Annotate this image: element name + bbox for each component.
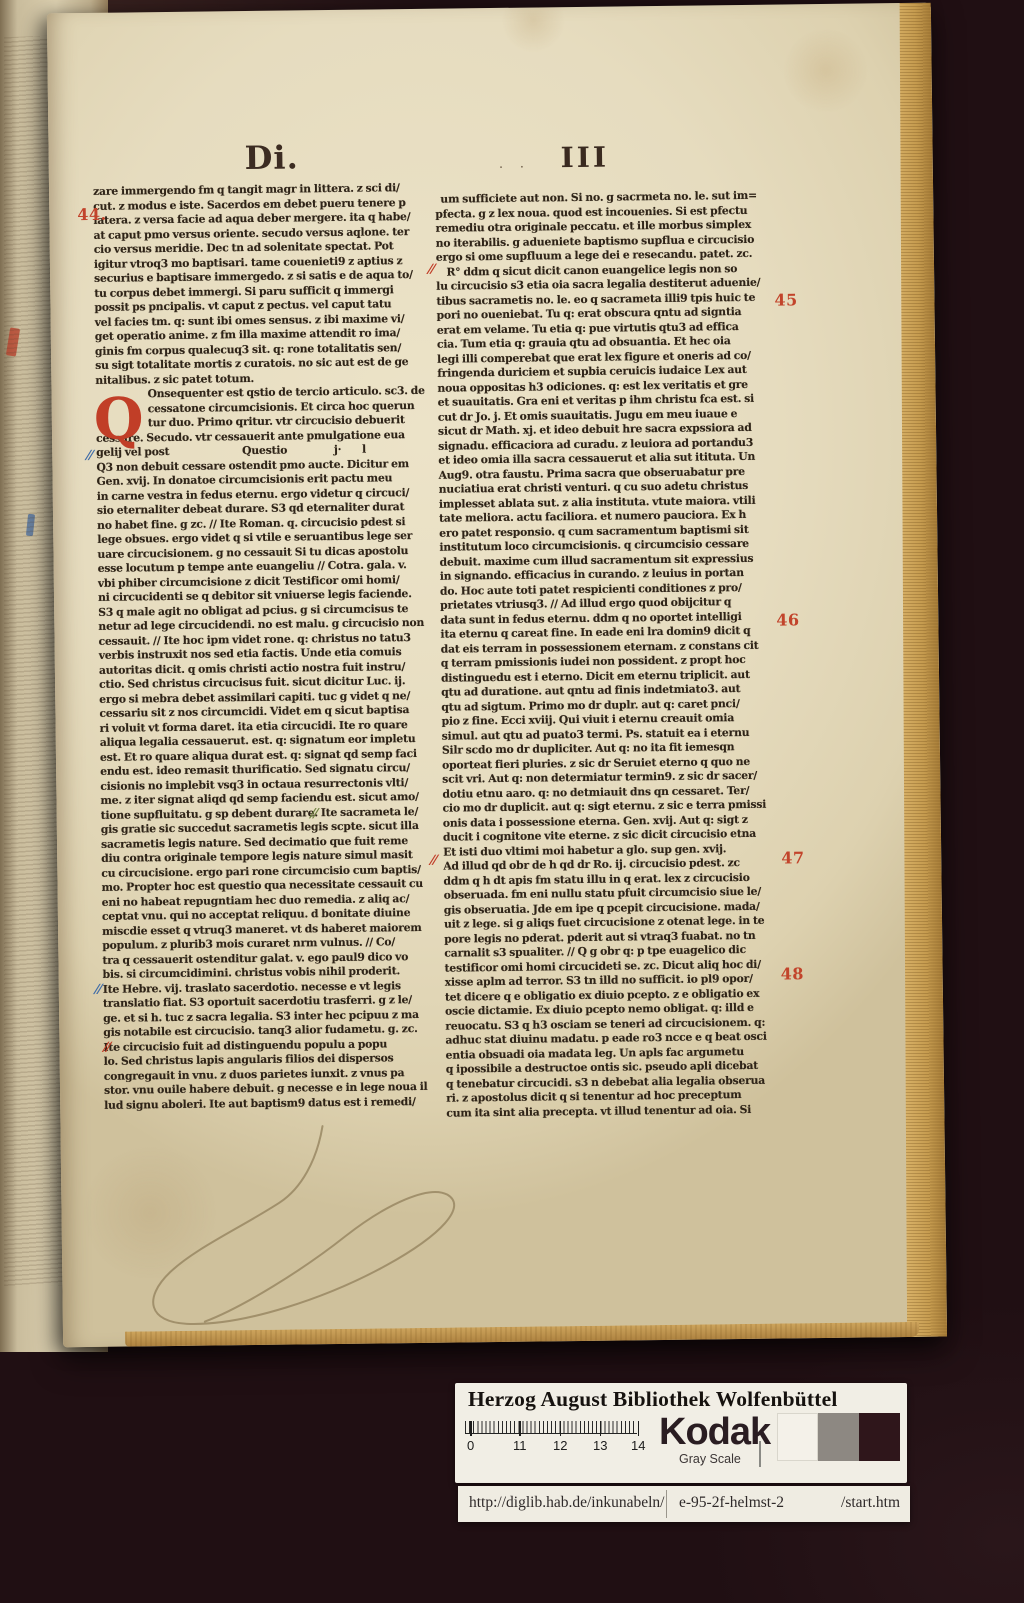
rubric-mark: // xyxy=(92,981,103,996)
strip-divider xyxy=(666,1490,667,1518)
ruler-tick-label: 0 xyxy=(467,1438,474,1453)
gray-patch-1 xyxy=(818,1413,859,1461)
gray-patch-2 xyxy=(859,1413,900,1461)
caption-strip: http://diglib.hab.de/inkunabeln/ e-95-2f… xyxy=(458,1486,910,1522)
text-column-right: um sufficiete aut non. Si no. g sacrmeta… xyxy=(435,188,804,1126)
margin-number: 46 xyxy=(776,610,799,629)
ruler-tick-label: 11 xyxy=(513,1438,527,1453)
file-name: /start.htm xyxy=(841,1494,900,1512)
book-page: Di. · · III zare immergendo fm q tangit … xyxy=(47,3,947,1348)
pen-flourish xyxy=(110,1106,523,1346)
card-divider xyxy=(759,1441,761,1467)
digital-library-url: http://diglib.hab.de/inkunabeln/ xyxy=(469,1494,664,1512)
running-title-left: Di. xyxy=(244,138,299,177)
gutter-blue-annotation xyxy=(26,514,35,537)
ruler: 011121314 xyxy=(465,1421,645,1465)
gutter-red-annotation xyxy=(6,327,20,356)
ruler-tick-label: 13 xyxy=(593,1438,607,1453)
ruler-tick-label: 14 xyxy=(631,1438,645,1453)
text-column-left: zare immergendo fm q tangit magr in litt… xyxy=(93,181,456,1123)
rubricated-initial: Q xyxy=(94,394,144,445)
gray-scale-label: Gray Scale xyxy=(679,1452,741,1466)
margin-number: 47 xyxy=(781,848,804,867)
margin-number: 45 xyxy=(774,290,797,309)
margin-number: 44. xyxy=(77,205,107,224)
gray-scale-patches xyxy=(777,1413,900,1461)
gray-patch-0 xyxy=(777,1413,818,1461)
header-dots: · · xyxy=(499,160,531,176)
library-name: Herzog August Bibliothek Wolfenbüttel xyxy=(468,1387,838,1412)
folio-number: III xyxy=(560,141,609,175)
ruler-ticks xyxy=(465,1421,637,1434)
kodak-brand: Kodak xyxy=(659,1411,770,1454)
kodak-card: Herzog August Bibliothek Wolfenbüttel 01… xyxy=(455,1383,907,1483)
margin-numbers-layer: 44.45464748 xyxy=(47,3,931,14)
ruler-tick-label: 12 xyxy=(553,1438,567,1453)
rubric-marks-layer: //////////// xyxy=(47,3,931,14)
margin-number: 48 xyxy=(781,964,804,983)
fore-edge-pages xyxy=(891,3,947,1337)
shelfmark: e-95-2f-helmst-2 xyxy=(679,1494,784,1512)
rubric-mark: // xyxy=(84,447,95,462)
photo-stage: Di. · · III zare immergendo fm q tangit … xyxy=(0,0,1024,1603)
